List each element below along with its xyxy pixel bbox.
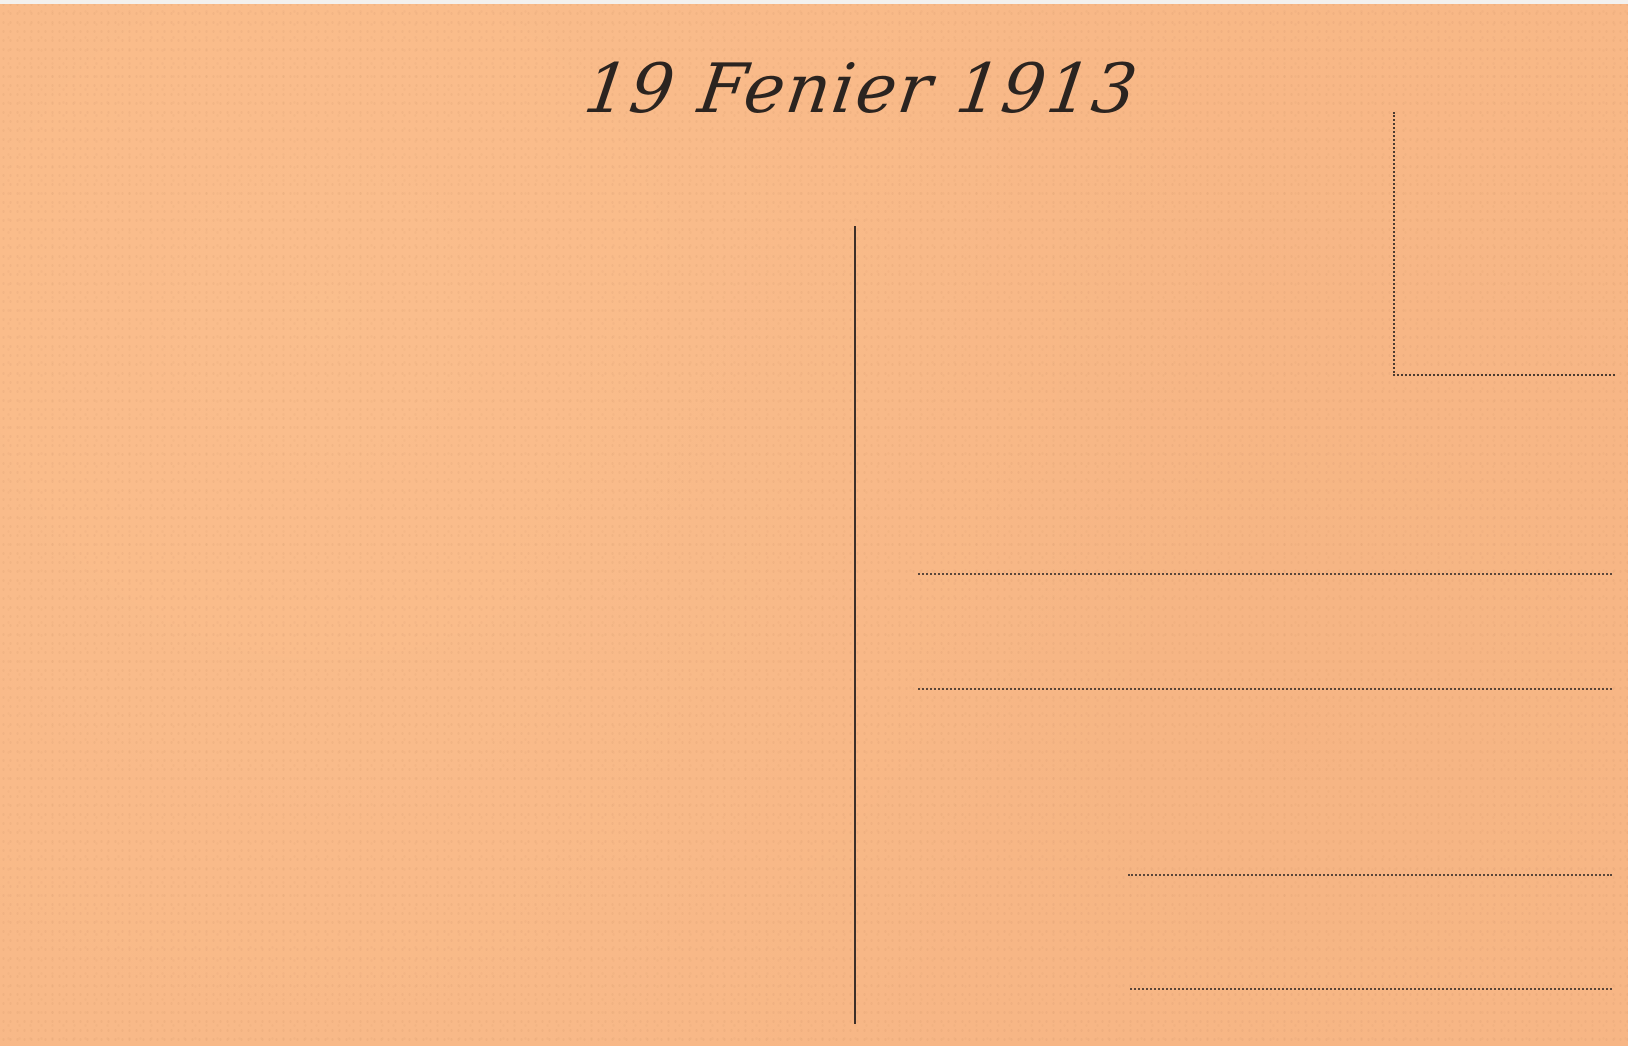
address-line-2	[918, 688, 1612, 690]
stamp-box-bottom-edge	[1393, 374, 1615, 376]
handwritten-date: 19 Fenier 1913	[579, 50, 1143, 129]
stamp-box-left-edge	[1393, 112, 1395, 376]
address-line-3	[1128, 874, 1612, 876]
scan-edge	[0, 0, 1628, 4]
address-line-1	[918, 573, 1612, 575]
address-line-4	[1130, 988, 1612, 990]
center-divider-line	[854, 226, 856, 1024]
postcard-back: 19 Fenier 1913	[0, 0, 1628, 1046]
